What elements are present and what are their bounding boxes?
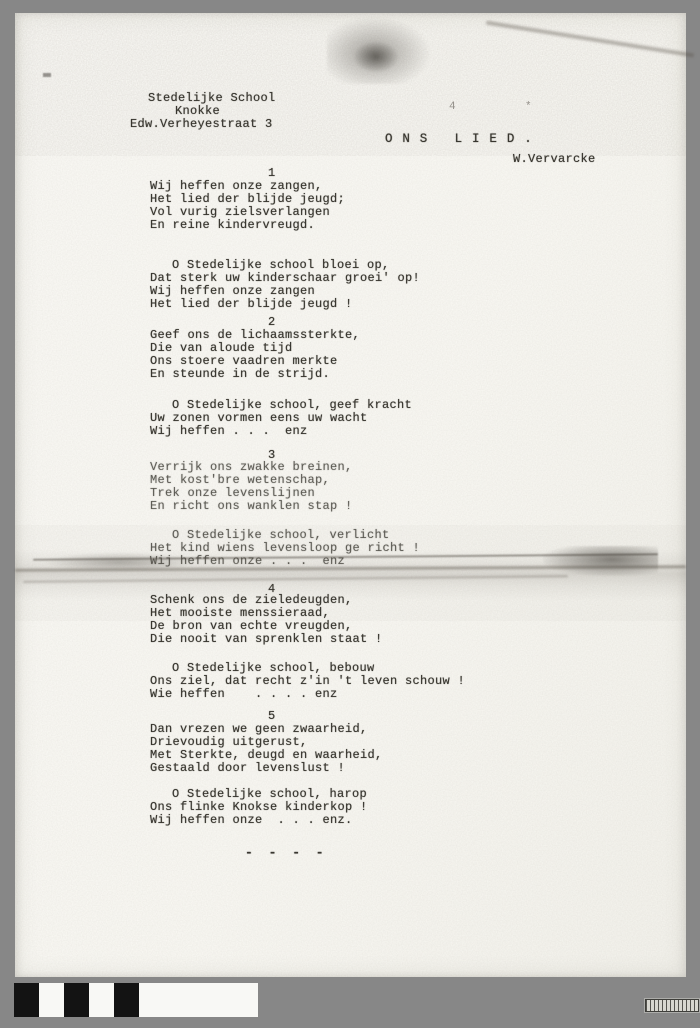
scan-background: 4 * Stedelijke School Knokke Edw.Verheye… [0,0,700,1028]
verse-line: En richt ons wanklen stap ! [150,500,353,513]
calibration-square-black [14,983,39,1017]
refrain-line: Het lied der blijde jeugd ! [150,298,420,311]
school-address: Stedelijke School Knokke Edw.Verheyestra… [130,92,276,131]
calibration-strip [14,983,258,1017]
stanza-refrain: O Stedelijke school, bebouw Ons ziel, da… [150,662,465,701]
stanza-refrain: O Stedelijke school, geef kracht Uw zone… [150,399,412,438]
stain-top-left-dot [43,73,51,77]
stain-top-center [327,16,432,84]
author-name: W.Vervarcke [513,153,596,166]
stanza-verse: Verrijk ons zwakke breinen, Met kost'bre… [150,461,353,513]
calibration-square-white [39,983,64,1017]
stanza-verse: Wij heffen onze zangen, Het lied der bli… [150,180,345,232]
song-title: O N S L I E D . [385,133,533,146]
calibration-square-black [114,983,139,1017]
document-page: 4 * Stedelijke School Knokke Edw.Verheye… [15,13,686,977]
stain-top-center-core [353,41,399,73]
stanza-verse: Dan vrezen we geen zwaarheid, Drievoudig… [150,723,383,775]
verse-line: En reine kindervreugd. [150,219,345,232]
refrain-line: Wie heffen . . . . enz [150,688,465,701]
stain-streak [23,575,568,583]
stanza-refrain: O Stedelijke school bloei op, Dat sterk … [150,259,420,311]
refrain-line: Wij heffen onze . . . enz. [150,814,368,827]
ghost-numeral-mark: 4 [449,101,456,113]
calibration-square-black [64,983,89,1017]
verse-line: Die nooit van sprenklen staat ! [150,633,383,646]
stanza-verse: Schenk ons de zieledeugden, Het mooiste … [150,594,383,646]
calibration-white-bar [139,983,258,1017]
school-street: Edw.Verheyestraat 3 [130,118,276,131]
calibration-square-white [89,983,114,1017]
scale-badge [645,999,699,1012]
refrain-line: Wij heffen onze . . . enz [150,555,420,568]
verse-line: En steunde in de strijd. [150,368,360,381]
verse-line: Gestaald door levenslust ! [150,762,383,775]
separator-dashes: - - - - [245,846,328,859]
stain-band-right-blob [543,546,658,576]
stanza-refrain: O Stedelijke school, harop Ons flinke Kn… [150,788,368,827]
refrain-line: Wij heffen . . . enz [150,425,412,438]
stanza-refrain: O Stedelijke school, verlicht Het kind w… [150,529,420,568]
asterisk-mark: * [525,101,532,113]
stanza-verse: Geef ons de lichaamssterkte, Die van alo… [150,329,360,381]
stain-top-right-streak [486,21,694,58]
